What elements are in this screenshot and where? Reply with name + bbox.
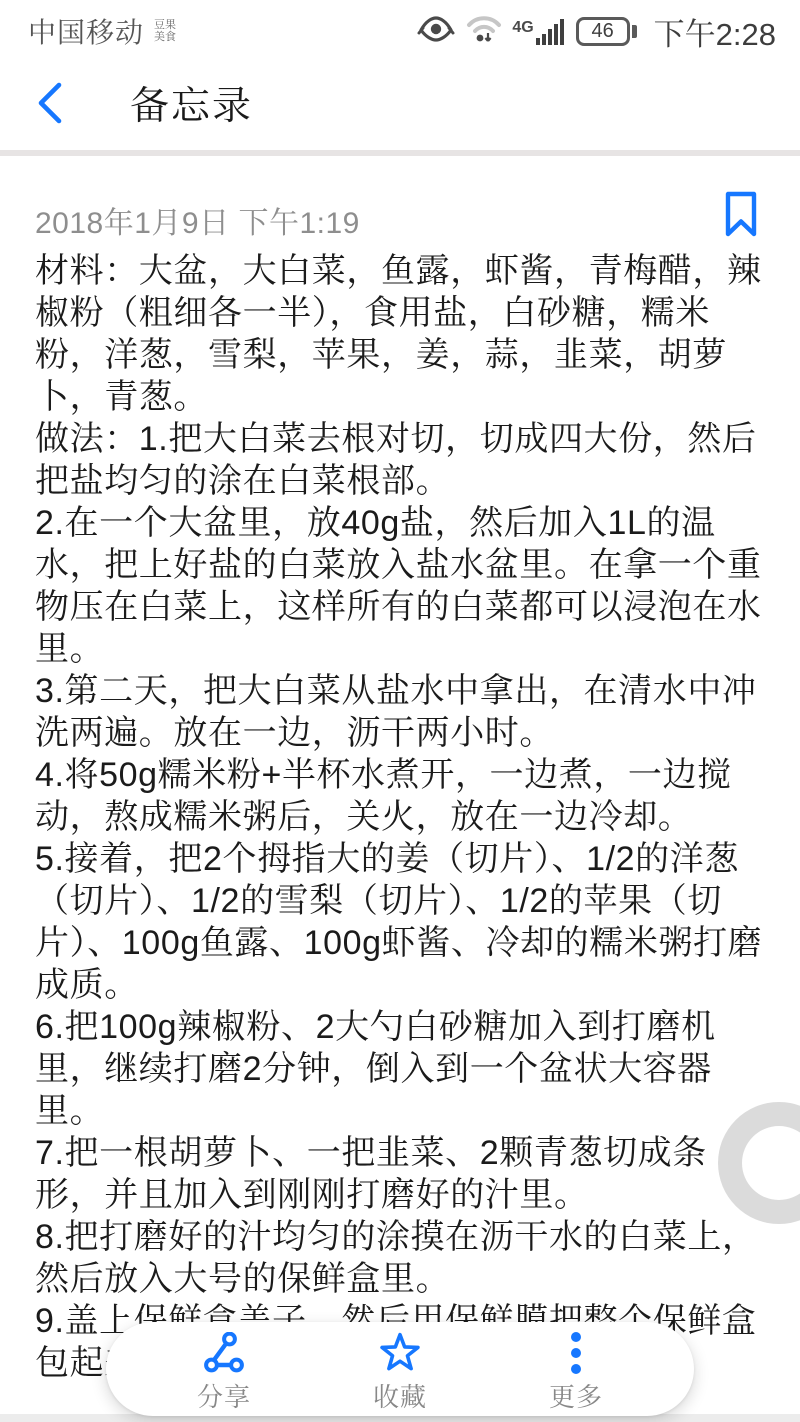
note-paragraph: 2.在一个大盆里，放40g盐，然后加入1L的温水，把上好盐的白菜放入盐水盆里。在…	[35, 502, 765, 670]
bookmark-button[interactable]	[723, 190, 759, 243]
notification-app-line2: 美食	[154, 31, 176, 43]
back-button[interactable]	[30, 79, 74, 127]
star-icon	[378, 1330, 422, 1376]
note-paragraph: 材料：大盆，大白菜，鱼露，虾酱，青梅醋，辣椒粉（粗细各一半），食用盐，白砂糖，糯…	[35, 250, 765, 418]
share-label: 分享	[197, 1377, 251, 1414]
header-divider	[0, 150, 800, 156]
wifi-icon	[465, 13, 503, 50]
header: 备忘录	[0, 56, 800, 150]
bottom-toolbar: 分享 收藏 更多	[106, 1322, 694, 1416]
note-body[interactable]: 材料：大盆，大白菜，鱼露，虾酱，青梅醋，辣椒粉（粗细各一半），食用盐，白砂糖，糯…	[35, 250, 765, 1384]
more-label: 更多	[549, 1377, 603, 1414]
note-meta-row: 2018年1月9日 下午1:19	[35, 190, 765, 240]
note-paragraph: 做法：1.把大白菜去根对切，切成四大份，然后把盐均匀的涂在白菜根部。	[35, 418, 765, 502]
note-paragraph: 7.把一根胡萝卜、一把韭菜、2颗青葱切成条形，并且加入到刚刚打磨好的汁里。	[35, 1132, 765, 1216]
share-icon	[201, 1330, 247, 1376]
favorite-label: 收藏	[373, 1377, 427, 1414]
network-type-label: 4G	[512, 19, 533, 37]
notification-app-icon: 豆果 美食	[154, 19, 176, 43]
note-paragraph: 3.第二天，把大白菜从盐水中拿出，在清水中冲洗两遍。放在一边，沥干两小时。	[35, 670, 765, 754]
clock-time: 下午2:28	[654, 9, 776, 54]
note-paragraph: 5.接着，把2个拇指大的姜（切片）、1/2的洋葱（切片）、1/2的雪梨（切片）、…	[35, 838, 765, 1006]
back-arrow-icon	[32, 80, 72, 126]
memo-app-screen: 中国移动 豆果 美食 4G	[0, 0, 800, 1422]
note-content: 2018年1月9日 下午1:19 材料：大盆，大白菜，鱼露，虾酱，青梅醋，辣椒粉…	[0, 190, 800, 1384]
more-button[interactable]: 更多	[488, 1330, 664, 1416]
note-paragraph: 8.把打磨好的汁均匀的涂摸在沥干水的白菜上，然后放入大号的保鲜盒里。	[35, 1216, 765, 1300]
notification-app-line1: 豆果	[154, 19, 176, 31]
note-timestamp: 2018年1月9日 下午1:19	[35, 190, 360, 242]
more-icon	[569, 1330, 583, 1376]
battery-level: 46	[592, 20, 614, 43]
eye-comfort-icon	[416, 13, 456, 50]
status-bar: 中国移动 豆果 美食 4G	[0, 0, 800, 56]
favorite-button[interactable]: 收藏	[312, 1330, 488, 1416]
note-paragraph: 4.将50g糯米粉+半杯水煮开，一边煮，一边搅动，熬成糯米粥后，关火，放在一边冷…	[35, 754, 765, 838]
signal-strength-icon: 4G	[512, 16, 566, 46]
share-button[interactable]: 分享	[136, 1330, 312, 1416]
page-title: 备忘录	[130, 75, 253, 131]
carrier-label: 中国移动	[28, 11, 144, 51]
battery-icon: 46	[576, 17, 637, 46]
bookmark-icon	[723, 190, 759, 238]
note-paragraph: 6.把100g辣椒粉、2大勺白砂糖加入到打磨机里，继续打磨2分钟，倒入到一个盆状…	[35, 1006, 765, 1132]
